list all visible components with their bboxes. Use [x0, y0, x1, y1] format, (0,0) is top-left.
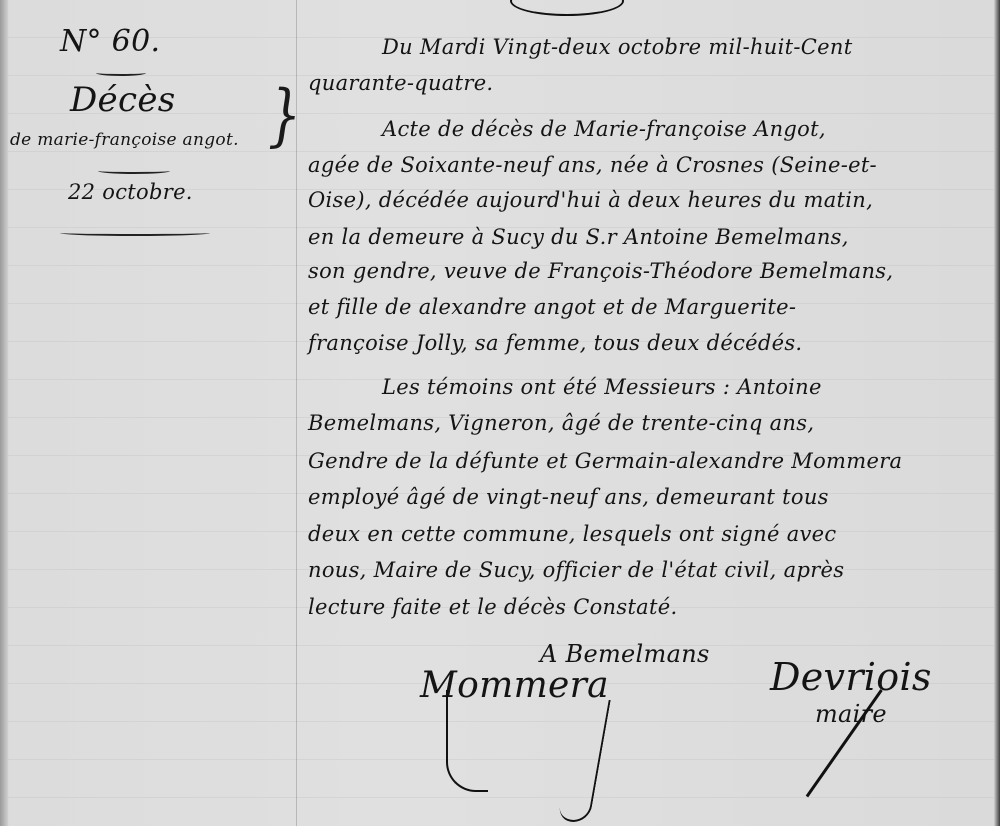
text-line: en la demeure à Sucy du S.r Antoine Beme… [308, 225, 849, 249]
text-line: Gendre de la défunte et Germain-alexandr… [308, 449, 902, 473]
top-flourish [510, 0, 624, 16]
record-date: 22 octobre. [68, 180, 193, 204]
mayor-title: maire [815, 700, 887, 728]
record-type: Décès [70, 80, 176, 120]
underline-flourish [60, 230, 210, 236]
text-line: son gendre, veuve de François-Théodore B… [308, 259, 893, 283]
text-line: et fille de alexandre angot et de Margue… [308, 295, 796, 319]
text-line: quarante-quatre. [308, 71, 493, 95]
text-line: deux en cette commune, lesquels ont sign… [308, 522, 836, 546]
signature-flourish [446, 690, 488, 792]
signature-bemelmans: A Bemelmans [540, 640, 710, 668]
underline-flourish [98, 168, 170, 174]
text-line: employé âgé de vingt-neuf ans, demeurant… [308, 485, 829, 509]
text-line: Les témoins ont été Messieurs : Antoine [382, 375, 822, 399]
civil-register-page: N° 60. Décès de marie-françoise angot. 2… [0, 0, 1000, 826]
page-right-edge [994, 0, 1000, 826]
entry-number: N° 60. [60, 24, 160, 59]
brace: } [268, 77, 301, 155]
signature-mayor: Devriois [770, 655, 932, 699]
text-line: Acte de décès de Marie-françoise Angot, [382, 117, 826, 141]
text-line: Du Mardi Vingt-deux octobre mil-huit-Cen… [382, 35, 852, 59]
text-line: Oise), décédée aujourd'hui à deux heures… [308, 188, 873, 212]
text-line: françoise Jolly, sa femme, tous deux déc… [308, 331, 802, 355]
text-line: agée de Soixante-neuf ans, née à Crosnes… [308, 153, 877, 177]
text-line: lecture faite et le décès Constaté. [308, 595, 677, 619]
signature-flourish [557, 700, 611, 822]
page-left-edge [0, 0, 8, 826]
deceased-name: de marie-françoise angot. [10, 130, 239, 150]
underline-flourish [96, 70, 146, 76]
text-line: nous, Maire de Sucy, officier de l'état … [308, 558, 844, 582]
text-line: Bemelmans, Vigneron, âgé de trente-cinq … [308, 411, 814, 435]
